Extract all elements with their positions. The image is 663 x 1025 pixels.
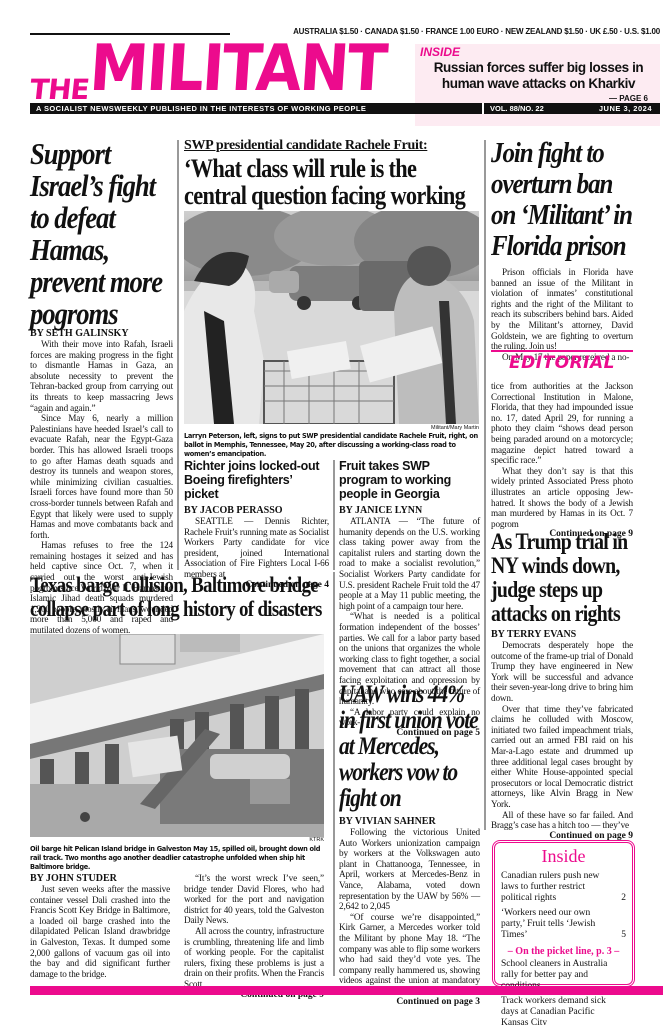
inside-box-title: Inside — [501, 845, 626, 867]
body-richter: SEATTLE — Dennis Richter, Rachele Fruit’… — [184, 516, 329, 580]
logo-the: THE — [28, 73, 90, 106]
caption-fruit: Larryn Peterson, left, signs to put SWP … — [184, 432, 484, 459]
column-rule — [333, 572, 335, 976]
inside-item[interactable]: Track workers demand sick days at Canadi… — [501, 996, 626, 1025]
caption-texas: Oil barge hit Pelican Island bridge in G… — [30, 845, 330, 872]
column-rule — [484, 140, 486, 830]
article-uaw: UAW wins 44% in first union vote at Merc… — [339, 682, 480, 1008]
inside-promo-headline[interactable]: Russian forces suffer big losses in huma… — [417, 60, 660, 92]
tagline-bar: A SOCIALIST NEWSWEEKLY PUBLISHED IN THE … — [30, 103, 660, 114]
photo-credit-fruit: Militant/Mary Martin — [184, 425, 479, 431]
photo-fruit-campaign — [184, 211, 479, 424]
editorial-label: EDITORIAL — [491, 353, 633, 373]
byline-uaw: BY VIVIAN SAHNER — [339, 816, 480, 827]
inside-item[interactable]: Canadian rulers push new laws to further… — [501, 871, 626, 904]
body-texas-col2: “It’s the worst wreck I’ve seen,” bridge… — [184, 873, 324, 990]
headline-georgia[interactable]: Fruit takes SWP program to working peopl… — [339, 459, 480, 501]
body-florida-bottom: tice from authorities at the Jackson Cor… — [491, 381, 633, 529]
headline-uaw[interactable]: UAW wins 44% in first union vote at Merc… — [339, 682, 483, 812]
inside-box-subhead: – On the picket line, p. 3 – — [501, 946, 626, 957]
article-trump: As Trump trial in NY winds down, judge s… — [491, 530, 633, 842]
headline-israel[interactable]: Support Israel’s fight to defeat Hamas, … — [30, 138, 176, 330]
photo-credit-texas: KTRK — [30, 837, 324, 843]
body-florida-top: Prison officials in Florida have banned … — [491, 267, 633, 362]
article-florida-cont: tice from authorities at the Jackson Cor… — [491, 381, 633, 540]
column-rule — [333, 460, 335, 570]
inside-promo-page: — PAGE 6 — [609, 94, 648, 103]
byline-richter: BY JACOB PERASSO — [184, 505, 329, 516]
headline-texas[interactable]: Texas barge collision, Baltimore bridge … — [30, 573, 331, 621]
article-texas-col1: BY JOHN STUDER Just seven weeks after th… — [30, 873, 170, 979]
inside-item-page: 2 — [621, 893, 626, 904]
byline-georgia: BY JANICE LYNN — [339, 505, 480, 516]
headline-richter[interactable]: Richter joins locked-out Boeing firefigh… — [184, 459, 329, 501]
headline-florida[interactable]: Join fight to overturn ban on ‘Militant’… — [491, 138, 635, 262]
inside-item[interactable]: ‘Workers need our own party,’ Fruit tell… — [501, 908, 626, 941]
continued-link-uaw[interactable]: Continued on page 3 — [339, 997, 480, 1008]
editorial-rule — [491, 350, 633, 352]
article-florida: Join fight to overturn ban on ‘Militant’… — [491, 138, 633, 362]
issue-date: JUNE 3, 2024 — [599, 103, 652, 114]
article-texas-col2: “It’s the worst wreck I’ve seen,” bridge… — [184, 873, 324, 1001]
body-uaw: Following the victorious United Auto Wor… — [339, 827, 480, 997]
headline-trump[interactable]: As Trump trial in NY winds down, judge s… — [491, 530, 635, 626]
column-rule — [177, 140, 179, 570]
bottom-brand-bar — [30, 986, 663, 995]
article-richter: Richter joins locked-out Boeing firefigh… — [184, 459, 329, 591]
volume-number: VOL. 88/NO. 22 — [490, 103, 544, 114]
tagline-separator — [482, 103, 484, 114]
body-texas-col1: Just seven weeks after the massive conta… — [30, 884, 170, 979]
inside-box: Inside Canadian rulers push new laws to … — [492, 840, 635, 987]
byline-texas: BY JOHN STUDER — [30, 873, 170, 884]
kicker-fruit: SWP presidential candidate Rachele Fruit… — [184, 138, 480, 154]
tagline: A SOCIALIST NEWSWEEKLY PUBLISHED IN THE … — [36, 103, 366, 114]
logo-militant: MILITANT — [88, 35, 388, 103]
byline-trump: BY TERRY EVANS — [491, 629, 633, 640]
inside-item-page: 5 — [621, 930, 626, 941]
body-trump: Democrats desperately hope the outcome o… — [491, 640, 633, 831]
photo-barge-collision — [30, 634, 324, 837]
inside-promo-label: INSIDE — [420, 45, 460, 59]
